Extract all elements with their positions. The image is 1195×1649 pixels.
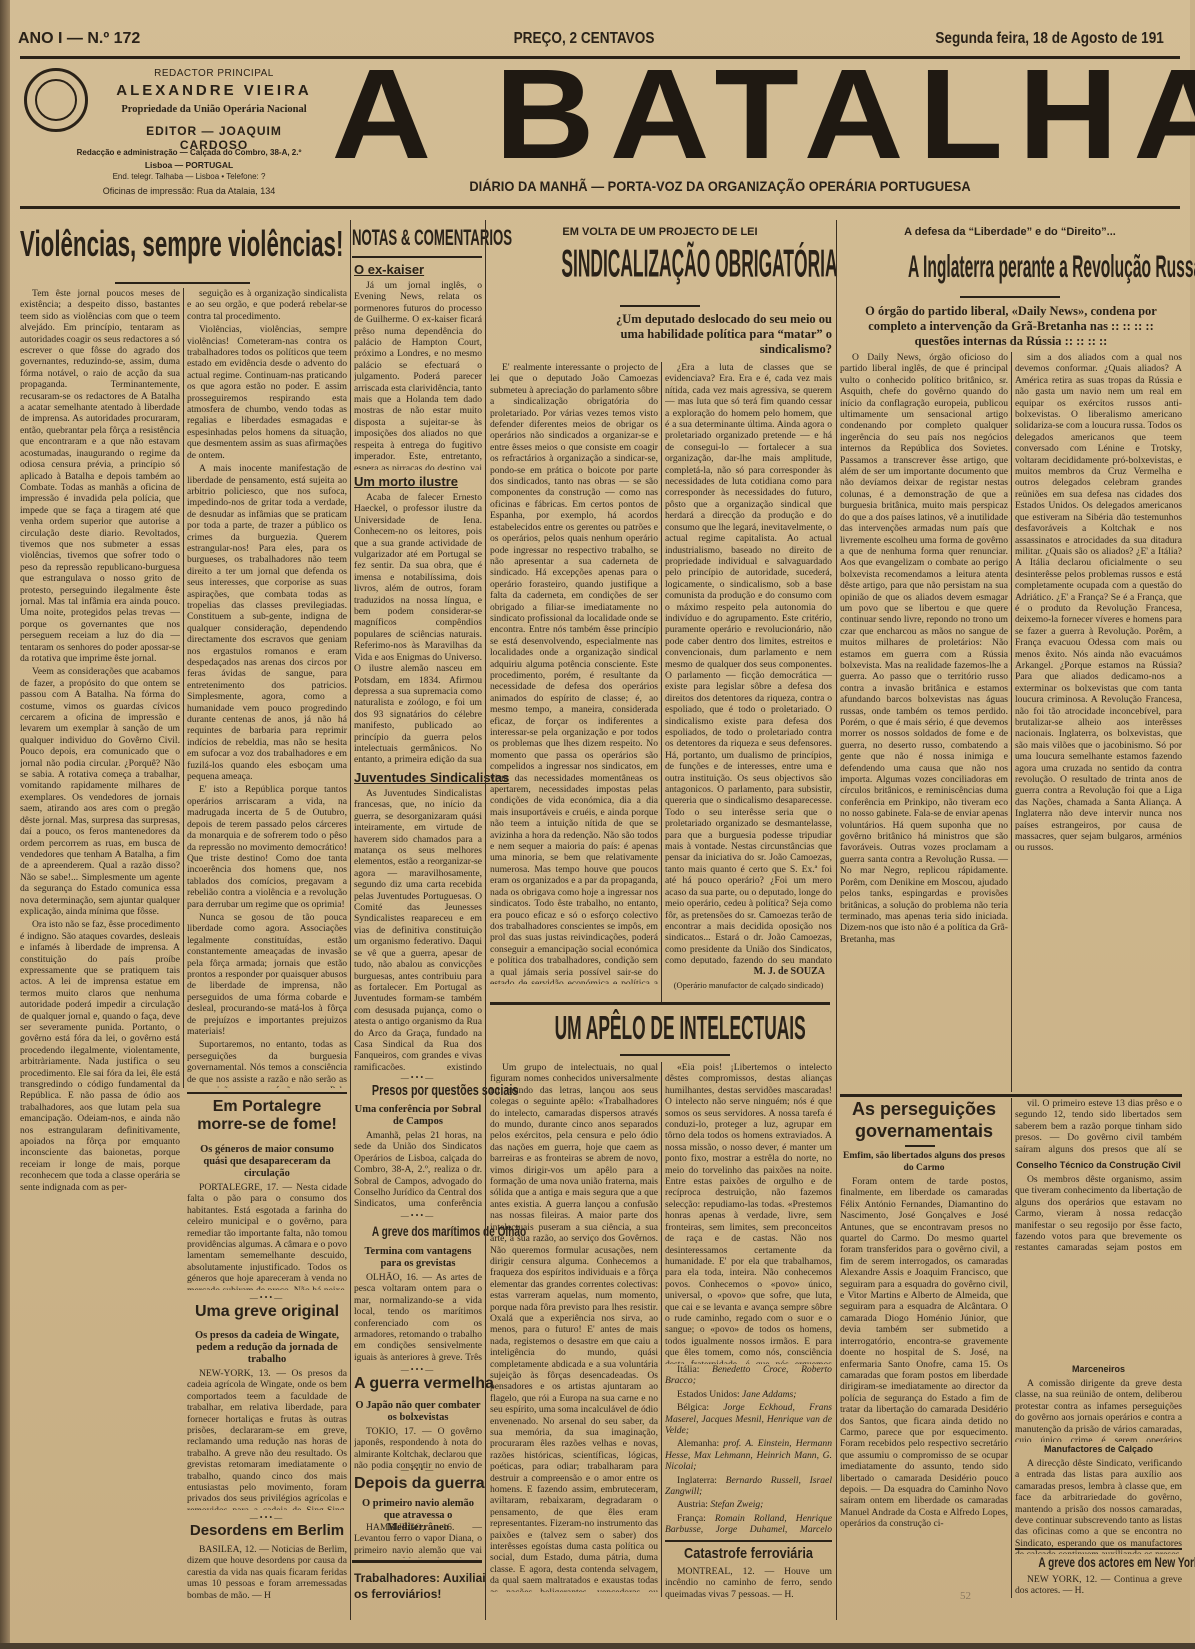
signature: M. J. de SOUZA: [665, 966, 825, 977]
depois-guerra-body: HAMBURGO, 16. — Levantou ferro o vapor D…: [354, 1522, 482, 1558]
property-line: Propriedade da União Operária Nacional: [114, 104, 314, 115]
page-bottom-edge: [0, 1643, 1195, 1649]
violencias-col-2: seguição es à organização sindicalista e…: [187, 288, 347, 1088]
calcado-body: A direcção dêste Sindicato, verificando …: [1015, 1458, 1182, 1554]
sindicalizacao-col-2: ¿Era a luta de classes que se evidenciav…: [665, 362, 832, 964]
ornament-divider: —•••—: [354, 1366, 482, 1374]
portalegre-body: PORTALEGRE, 17. — Nesta cidade falta o p…: [187, 1182, 347, 1290]
actores-body: NEW YORK, 12. — Continua a greve dos act…: [1015, 1574, 1182, 1600]
headline-perseguicoes: As perseguições governamentais: [840, 1098, 1008, 1142]
column-rule: [1011, 1098, 1012, 1598]
subhead-conselho: Conselho Técnico da Construção Civil: [1015, 1160, 1182, 1170]
headline-violencias: Violências, sempre violências!: [20, 222, 349, 266]
inglaterra-col-1: O Daily News, órgão oficioso do partido …: [840, 352, 1008, 1090]
conselho-body: Os membros dêste organismo, assim que ti…: [1015, 1174, 1182, 1254]
column-rule: [661, 1062, 662, 1597]
notas-title-juventudes: Juventudes Sindicalistas: [354, 770, 509, 785]
headline-inglaterra: A Inglaterra perante a Revolução Russa: [908, 240, 1112, 293]
redactor-name: ALEXANDRE VIEIRA: [114, 82, 314, 99]
column-rule: [836, 220, 837, 1620]
catastrofe-body: MONTREAL, 12. — Houve um incêndio no cam…: [665, 1566, 832, 1602]
notas-title-morto-ilustre: Um morto ilustre: [354, 474, 458, 489]
ornament-divider: —•••—: [354, 1212, 482, 1220]
telegraph-line: End. telegr. Talhaba — Lisboa • Telefone…: [54, 172, 324, 181]
apelo-col-2: «Eia pois! ¡Libertemos o intelecto dêste…: [665, 1062, 832, 1364]
printing-line: Oficinas de impressão: Rua da Atalaia, 1…: [54, 186, 324, 196]
redactor-label: REDACTOR PRINCIPAL: [114, 68, 314, 79]
perseguicoes-col-1: Foram ontem de tarde postos, finalmente,…: [840, 1176, 1008, 1594]
notas-header: NOTAS & COMENTARIOS: [352, 224, 484, 252]
inglaterra-col-2: sim a dos aliados com a qual nos devemos…: [1015, 352, 1182, 1090]
headline-olhao: A greve dos marítimos de Olhão: [372, 1222, 464, 1240]
page-mark: 52: [960, 1590, 971, 1602]
headline-underline: [905, 1145, 935, 1147]
section-rule: [840, 1094, 1182, 1097]
notas-morto-ilustre-body: Acaba de falecer Ernesto Haeckel, o prof…: [354, 492, 482, 766]
page-spine: [0, 0, 10, 1649]
headline-apelo: UM APÊLO DE INTELECTUAIS: [555, 1002, 766, 1055]
headline-underline: [960, 296, 1060, 298]
ornament-divider: —•••—: [187, 1294, 347, 1302]
notas-juventudes-body: As Juventudes Sindicalistas francesas, q…: [354, 788, 482, 1070]
apelo-signatories: Itália: Benedetto Croce, Roberto Bracco;…: [665, 1364, 832, 1536]
column-rule: [183, 288, 184, 1088]
deck-sindicalizacao: ¿Um deputado deslocado do seu meio ou um…: [600, 312, 832, 357]
subhead-presos: Uma conferência por Sobral de Campos: [354, 1104, 482, 1128]
notas-title-ex-kaiser: O ex-kaiser: [354, 262, 424, 277]
signature-note: (Operário manufactor de calçado sindicad…: [665, 980, 832, 990]
column-rule: [485, 220, 486, 1620]
section-rule: [352, 1560, 482, 1563]
address-line: Redacção e administração — Calçada do Co…: [54, 148, 324, 157]
masthead-rule: [20, 206, 1180, 209]
headline-underline: [620, 1054, 730, 1056]
kicker-inglaterra: A defesa da “Liberdade” e do “Direito”..…: [840, 226, 1180, 238]
headline-catastrofe: Catastrofe ferroviária: [678, 1544, 820, 1564]
subhead-olhao: Termina com vantagens para os grevistas: [354, 1246, 482, 1270]
issue-number: ANO I — N.º 172: [18, 30, 140, 48]
olhao-body: OLHÃO, 16. — As artes de pesca voltaram …: [354, 1272, 482, 1364]
sindicalizacao-col-1: E' realmente interessante o projecto de …: [490, 362, 658, 984]
marceneiros-body: A comissão dirigente da greve desta clas…: [1015, 1378, 1182, 1442]
column-rule: [1011, 352, 1012, 1092]
subhead-calcado: Manufactores de Calçado: [1015, 1444, 1182, 1454]
subhead-portalegre: Os géneros de maior consumo quási que de…: [187, 1144, 347, 1180]
presos-body: Amanhã, pelas 21 horas, na sede da União…: [354, 1130, 482, 1210]
city-line: Lisboa — PORTUGAL: [54, 160, 324, 170]
subhead-perseguicoes: Emfim, são libertados alguns dos presos …: [840, 1150, 1008, 1174]
section-rule: [665, 1540, 832, 1542]
section-rule: [1015, 1548, 1182, 1550]
headline-greve-original: Uma greve original: [187, 1302, 347, 1322]
deck-inglaterra: O órgão do partido liberal, «Daily News»…: [850, 304, 1172, 349]
greve-original-body: NEW-YORK, 13. — Os presos da cadeia agrí…: [187, 1368, 347, 1510]
headline-sindicalizacao: SINDICALIZAÇÃO OBRIGATÓRIA: [561, 233, 758, 298]
notas-ex-kaiser-body: Já um jornal inglês, o Evening News, rel…: [354, 280, 482, 470]
ornament-divider: —•••—: [354, 1074, 482, 1082]
ornament-divider: —•••—: [187, 1514, 347, 1522]
berlim-body: BASILEA, 12. — Noticias de Berlim, dizem…: [187, 1544, 347, 1604]
headline-depois-guerra: Depois da guerra: [354, 1474, 482, 1494]
headline-underline: [620, 305, 700, 307]
subhead-guerra-vermelha: O Japão não quer combater os bolxevistas: [354, 1400, 482, 1424]
masthead-credits: REDACTOR PRINCIPAL ALEXANDRE VIEIRA Prop…: [14, 64, 314, 194]
subhead-marceneiros: Marceneiros: [1015, 1364, 1182, 1374]
ornament-divider: —•••—: [354, 1466, 482, 1474]
apelo-col-1: Um grupo de intelectuais, no qual figura…: [490, 1062, 658, 1592]
newspaper-title: A BATALHA: [320, 55, 1195, 175]
headline-presos: Presos por questões sociais: [372, 1082, 464, 1100]
perseguicoes-col-2: vil. O primeiro esteve 13 dias prêso e o…: [1015, 1098, 1182, 1154]
headline-guerra-vermelha: A guerra vermelha: [354, 1374, 482, 1394]
subhead-greve-original: Os presos da cadeia de Wingate, pedem a …: [187, 1330, 347, 1366]
union-seal-icon: [24, 68, 88, 132]
headline-underline: [115, 282, 250, 284]
trabalhadores-appeal: Trabalhadores: Auxiliai os ferroviários!: [354, 1570, 494, 1602]
violencias-col-1: Tem êste jornal poucos meses de existênc…: [20, 288, 180, 1588]
column-rule: [661, 362, 662, 1002]
section-rule: [352, 256, 482, 258]
section-rule: [187, 1092, 347, 1094]
headline-portalegre: Em Portalegre morre-se de fome!: [187, 1098, 347, 1134]
column-rule: [350, 220, 351, 1620]
newspaper-subtitle: DIÁRIO DA MANHÃ — PORTA-VOZ DA ORGANIZAÇ…: [444, 178, 996, 194]
headline-actores: A greve dos actores em New York: [1038, 1552, 1158, 1572]
headline-berlim: Desordens em Berlim: [187, 1522, 347, 1540]
